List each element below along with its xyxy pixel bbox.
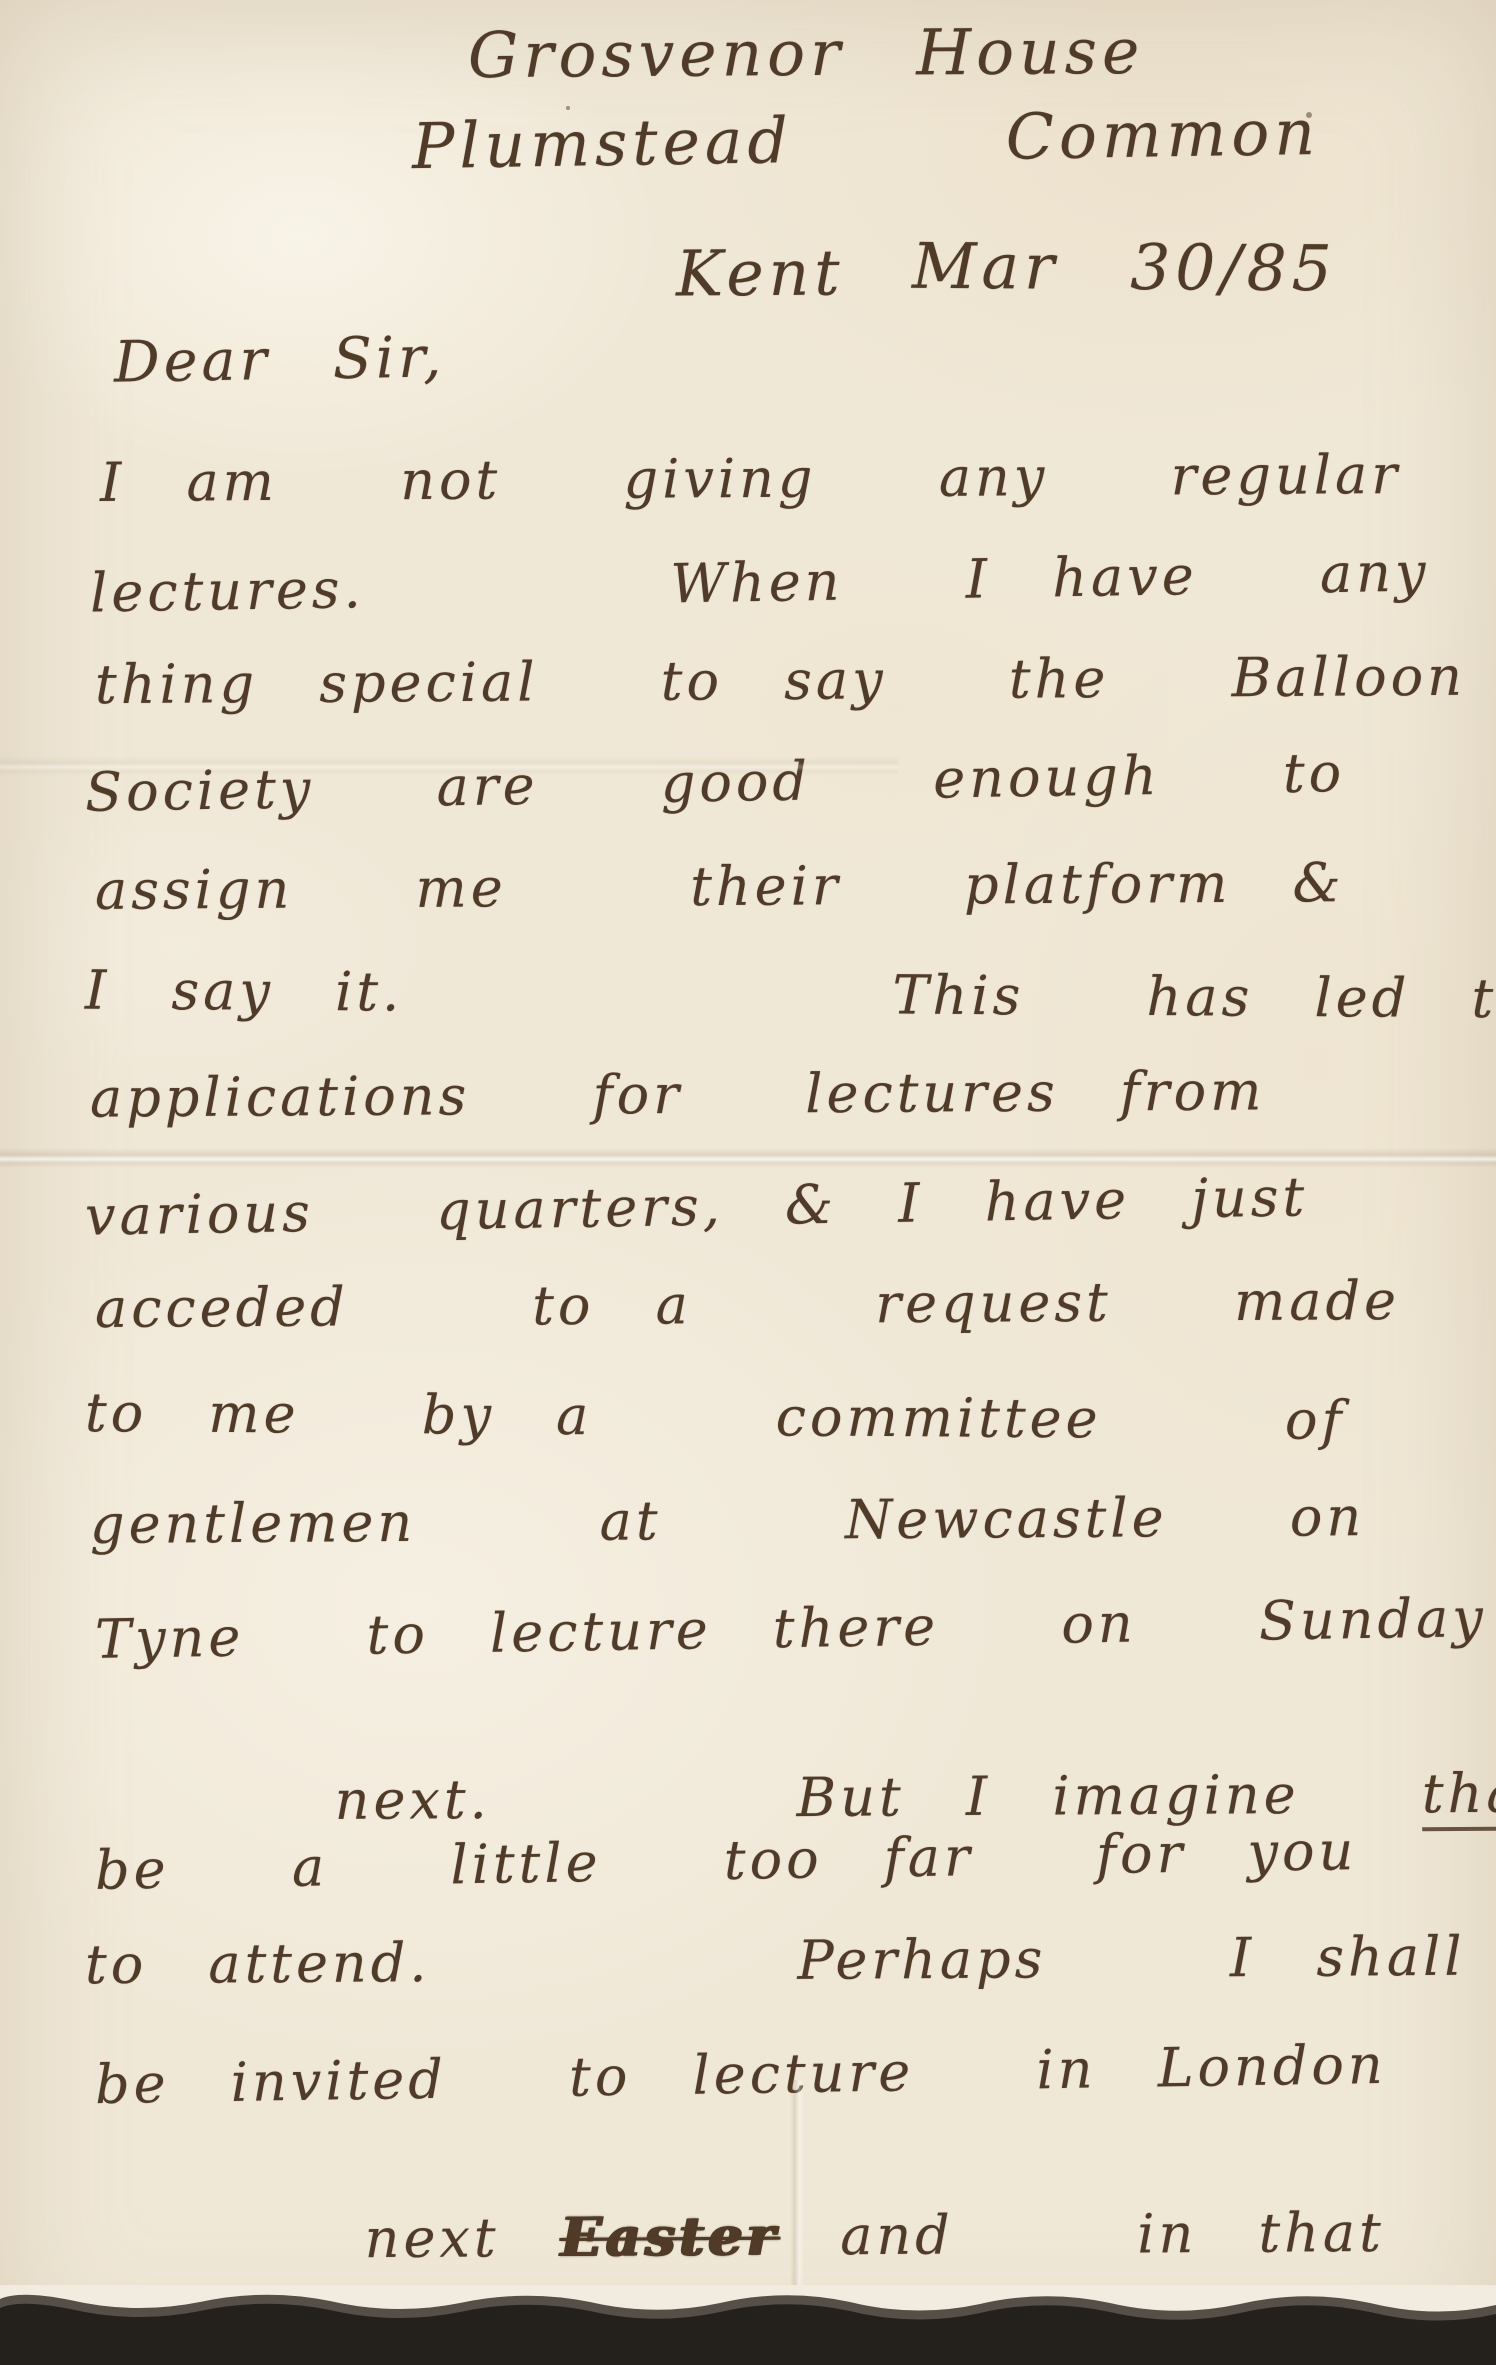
line-text-before: next xyxy=(364,2206,560,2270)
ink-speck xyxy=(1306,112,1312,118)
letter-line: I am not giving any regular xyxy=(100,448,1401,510)
overwritten-word: Easter xyxy=(561,2204,780,2269)
address-line-2: Plumstead Common xyxy=(412,101,1321,178)
letter-line: be invited to lecture in London xyxy=(95,2038,1387,2112)
letter-line: to me by a committee of xyxy=(85,1386,1346,1448)
letter-page: Grosvenor House Plumstead Common Kent Ma… xyxy=(0,0,1496,2365)
letter-line: Tyne to lecture there on Sunday xyxy=(95,1591,1488,1667)
letter-line: I say it. This has led to xyxy=(85,964,1496,1027)
torn-bottom-edge xyxy=(0,2285,1496,2365)
ink-speck xyxy=(566,106,570,110)
dateline-place: Kent xyxy=(676,241,845,305)
underlined-word: that xyxy=(1422,1761,1496,1831)
salutation: Dear Sir, xyxy=(114,329,446,391)
paper-speck xyxy=(96,1396,100,1400)
letter-line: gentlemen at Newcastle on xyxy=(90,1490,1365,1552)
letter-line: Society are good enough to xyxy=(85,746,1346,820)
letter-line: acceded to a request made xyxy=(95,1274,1400,1336)
letter-line: assign me their platform & xyxy=(95,856,1345,918)
letter-line: thing special to say the Balloon xyxy=(95,650,1466,712)
letter-line: to attend. Perhaps I shall xyxy=(85,1930,1466,1992)
letter-line: various quarters, & I have just xyxy=(85,1170,1309,1243)
letter-line: be a little too far for you xyxy=(95,1824,1358,1898)
line-text-after: and in that case xyxy=(779,2199,1496,2267)
letter-line: lectures. When I have any xyxy=(90,545,1430,620)
dateline-date: Mar 30/85 xyxy=(912,235,1337,301)
letter-line: applications for lectures from xyxy=(90,1064,1266,1125)
address-line-1: Grosvenor House xyxy=(468,20,1145,87)
